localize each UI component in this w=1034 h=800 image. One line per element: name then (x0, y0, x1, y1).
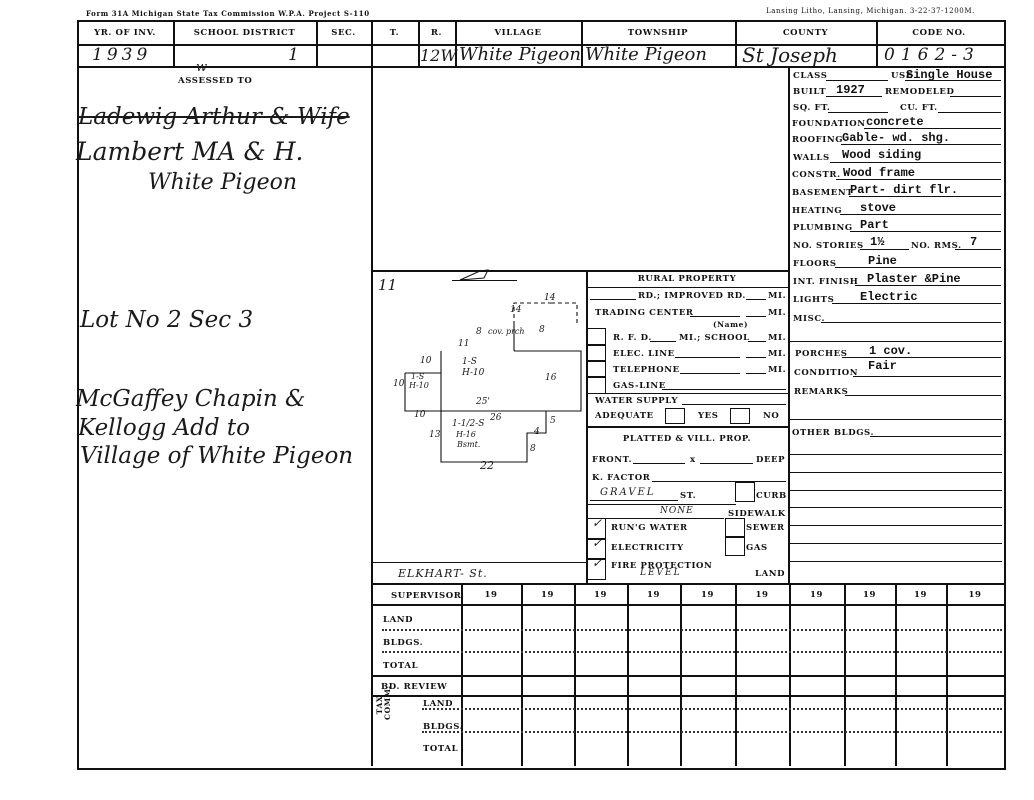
deep-line (700, 463, 753, 464)
legal-addition-2[interactable]: Kellogg Add to (78, 415, 250, 441)
valuation-col (521, 583, 523, 766)
floors-line (835, 267, 1001, 268)
class-label: CLASS (793, 71, 827, 81)
elec-mi: MI. (768, 349, 786, 359)
sewer-label: SEWER (746, 523, 785, 533)
foundation-line (864, 128, 1001, 129)
front-label: FRONT. (592, 455, 632, 465)
other-line (788, 490, 1002, 491)
deep-label: DEEP (756, 455, 785, 465)
supervisor-bldgs-label: BLDGS. (383, 638, 423, 648)
curb-checkbox[interactable] (735, 482, 755, 502)
condition-label: CONDITION (794, 368, 858, 378)
valuation-col (895, 583, 897, 766)
platted-title: PLATTED & VILL. PROP. (586, 432, 788, 446)
stories-value[interactable]: 1½ (870, 235, 884, 249)
supervisor-label: SUPERVISOR (391, 591, 461, 601)
foundation-label: FOUNDATION (792, 119, 866, 129)
electricity-label: ELECTRICITY (611, 543, 684, 553)
k-factor-label: K. FACTOR (592, 473, 650, 483)
school-line (748, 341, 766, 342)
valuation-col (680, 583, 682, 766)
year-header: 19 (844, 585, 895, 604)
sketch-label: Bsmt. (457, 440, 480, 449)
int-finish-line (855, 285, 1001, 286)
gas-line-line (662, 389, 786, 390)
telephone-mi-line (746, 373, 766, 374)
dotted-rule (422, 708, 1002, 710)
front-line (633, 463, 685, 464)
rd-label: RD.; IMPROVED RD. (638, 291, 746, 301)
basement-value[interactable]: Part- dirt flr. (850, 183, 958, 197)
code-no-value[interactable]: 0162-3 (884, 45, 980, 65)
sketch-label: 8 (539, 325, 545, 335)
yes-label: YES (698, 411, 719, 421)
class-line (826, 80, 888, 81)
street-line (590, 500, 678, 501)
rooms-line (955, 249, 1001, 250)
valuation-review-bottom (371, 695, 1004, 697)
village-value[interactable]: White Pigeon (459, 44, 581, 65)
sketch-label: 14 (510, 305, 521, 315)
other-line (788, 507, 1002, 508)
basement-line (849, 196, 1001, 197)
header-r: R. (418, 22, 455, 44)
tax-comm-total-label: TOTAL (423, 744, 458, 754)
water-supply-line (682, 404, 786, 405)
street-name: ELKHART- St. (398, 567, 488, 580)
remarks-label: REMARKS (794, 387, 848, 397)
header-township: TOWNSHIP (581, 22, 735, 44)
lights-line (832, 303, 1001, 304)
dotted-rule (382, 629, 1002, 631)
condition-line (853, 376, 1001, 377)
remodeled-label: REMODELED (885, 87, 954, 97)
k-factor-line (652, 481, 786, 482)
valuation-header-bottom (371, 604, 1004, 606)
year-header: 19 (946, 585, 1004, 604)
owner-name[interactable]: Lambert MA & H. (76, 137, 304, 166)
sketch-label: 8 (530, 444, 536, 454)
rd-mi: MI. (768, 291, 786, 301)
r-value[interactable]: 12W (420, 46, 457, 65)
sketch-label: 25' (476, 397, 490, 407)
valuation-col (735, 583, 737, 766)
year-header: 19 (735, 585, 789, 604)
st-label: ST. (680, 491, 696, 501)
rural-title: RURAL PROPERTY (586, 271, 788, 287)
land-value[interactable]: LEVEL (640, 568, 682, 578)
built-label: BUILT (793, 87, 826, 97)
valuation-col (627, 583, 629, 766)
plumbing-value[interactable]: Part (860, 218, 889, 232)
trading-center-label: TRADING CENTER (595, 308, 694, 318)
condition-value[interactable]: Fair (868, 359, 897, 373)
stories-line (860, 249, 909, 250)
header-school-district: SCHOOL DISTRICT (173, 22, 316, 44)
telephone-mi: MI. (768, 365, 786, 375)
sketch-label: 1-S (411, 372, 424, 381)
other-line (788, 472, 1002, 473)
gas-label: GAS (746, 543, 768, 553)
valuation-col (844, 583, 846, 766)
remarks-line (845, 395, 1001, 396)
heating-label: HEATING (792, 206, 842, 216)
misc-line (821, 322, 1001, 323)
running-water-label: RUN'G WATER (611, 523, 688, 533)
owner-address[interactable]: White Pigeon (148, 170, 297, 195)
water-supply-label: WATER SUPPLY (595, 396, 678, 406)
adequate-no-checkbox[interactable] (730, 408, 750, 424)
year-header: 19 (461, 585, 521, 604)
elec-line-label: ELEC. LINE (613, 349, 675, 359)
floors-label: FLOORS (793, 259, 837, 269)
sidewalk-value[interactable]: NONE (660, 506, 694, 516)
sketch-label: 11 (458, 339, 469, 349)
header-county: COUNTY (735, 22, 876, 44)
int-finish-value[interactable]: Plaster &Pine (867, 272, 961, 286)
heating-value[interactable]: stove (860, 201, 896, 215)
sketch-label: 22 (480, 459, 494, 472)
no-label: NO (763, 411, 779, 421)
school-district-value[interactable]: 1 (288, 45, 299, 65)
gas-checkbox[interactable] (725, 536, 745, 556)
sketch-label: H-10 (462, 368, 484, 378)
legal-addition-3[interactable]: Village of White Pigeon (80, 443, 353, 469)
header-yr-inv: YR. OF INV. (77, 22, 173, 44)
constr-value[interactable]: Wood frame (843, 166, 915, 180)
header-bottom (77, 66, 1004, 68)
year-header: 19 (789, 585, 844, 604)
legal-addition-1[interactable]: McGaffey Chapin & (76, 386, 306, 412)
check-mark-icon: ✓ (592, 516, 602, 530)
sketch-label: 5 (550, 416, 556, 426)
trading-mi: MI. (768, 308, 786, 318)
year-header: 19 (574, 585, 627, 604)
land-label: LAND (755, 569, 785, 579)
sketch-label: 4 (534, 427, 540, 437)
lights-label: LIGHTS (793, 295, 834, 305)
walls-value[interactable]: Wood siding (842, 148, 921, 162)
remarks-line-2 (788, 419, 1002, 420)
sketch-label: 1-S (462, 357, 477, 367)
basement-label: BASEMENT (792, 188, 853, 198)
sketch-label: 10 (393, 379, 404, 389)
svg-text:14: 14 (544, 293, 556, 303)
valuation-col (946, 583, 948, 766)
rural-divider (586, 287, 788, 288)
sketch-label: 10 (420, 356, 431, 366)
roofing-label: ROOFING (792, 135, 843, 145)
use-line (905, 80, 1001, 81)
township-value[interactable]: White Pigeon (585, 44, 707, 65)
year-header: 19 (627, 585, 680, 604)
rfd-label: R. F. D. (613, 333, 652, 343)
curb-divider (586, 504, 736, 505)
roofing-line (841, 144, 1001, 145)
legal-lot[interactable]: Lot No 2 Sec 3 (80, 307, 253, 333)
sketch-label: H-10 (409, 381, 429, 390)
remodeled-line (950, 96, 1001, 97)
check-mark-icon: ✓ (592, 536, 602, 550)
porches-value[interactable]: 1 cov. (869, 344, 912, 358)
roofing-value[interactable]: Gable- wd. shg. (842, 131, 950, 145)
walls-line (830, 162, 1001, 163)
sketch-label: 8 (476, 327, 482, 337)
yr-inv-value[interactable]: 1939 (92, 45, 151, 65)
rooms-value[interactable]: 7 (970, 235, 977, 249)
year-header: 19 (895, 585, 946, 604)
gas-line-checkbox[interactable] (586, 376, 606, 394)
improved-rd-line (746, 299, 766, 300)
rfd-line (650, 341, 676, 342)
tax-comm-label: TAX COMM. (376, 690, 392, 720)
plumbing-line (850, 231, 1001, 232)
misc-line-2 (788, 341, 1002, 342)
sketch-label: 13 (429, 430, 440, 440)
other-bldgs-label: OTHER BLDGS. (792, 428, 874, 438)
adequate-label: ADEQUATE (595, 411, 654, 421)
x-label: x (690, 455, 696, 465)
struck-owner-name: Ladewig Arthur & Wife (78, 104, 350, 130)
other-line (788, 525, 1002, 526)
school-label: MI.; SCHOOL (679, 333, 750, 343)
gas-divider (586, 393, 788, 394)
name-hint: (Name) (713, 320, 748, 329)
telephone-label: TELEPHONE (613, 365, 680, 375)
form-title: Form 31A Michigan State Tax Commission W… (86, 9, 370, 18)
int-finish-label: INT. FINISH (793, 277, 858, 287)
rural-bottom (586, 426, 788, 428)
other-line (788, 454, 1002, 455)
gas-line-label: GAS-LINE (613, 381, 666, 391)
school-mi: MI. (768, 333, 786, 343)
constr-line (836, 179, 1001, 180)
cuft-line (938, 112, 1001, 113)
other-line (788, 543, 1002, 544)
walls-label: WALLS (793, 153, 830, 163)
header-village: VILLAGE (455, 22, 581, 44)
other-bldgs-line (870, 436, 1001, 437)
elec-mi-line (746, 357, 766, 358)
street-divider (371, 562, 586, 563)
supervisor-land-label: LAND (383, 615, 413, 625)
sketch-label: 1-1/2-S (452, 419, 484, 429)
dotted-rule (382, 651, 1002, 653)
curb-label: CURB (756, 491, 787, 501)
sewer-checkbox[interactable] (725, 518, 745, 538)
valuation-col (461, 583, 463, 766)
rd-line (590, 299, 636, 300)
foundation-value[interactable]: concrete (866, 115, 924, 129)
valuation-col (789, 583, 791, 766)
supervisor-total-label: TOTAL (383, 661, 418, 671)
valuation-supervisor-bottom (371, 675, 1004, 677)
check-mark-icon: ✓ (592, 556, 602, 570)
porches-line (842, 357, 1001, 358)
adequate-yes-checkbox[interactable] (665, 408, 685, 424)
year-header: 19 (521, 585, 574, 604)
elec-line-line (675, 357, 740, 358)
street-surface-value[interactable]: GRAVEL (600, 487, 655, 498)
sketch-label: H-16 (456, 430, 476, 439)
plumbing-label: PLUMBING (793, 223, 853, 233)
year-header: 19 (680, 585, 735, 604)
built-line (826, 96, 882, 97)
telephone-line (680, 373, 740, 374)
header-sec: SEC. (316, 22, 371, 44)
porches-label: PORCHES (795, 349, 847, 359)
sqft-line (828, 112, 888, 113)
assessed-annotation: w (196, 60, 207, 75)
sketch-label: 10 (414, 410, 425, 420)
sqft-label: SQ. FT. (793, 103, 830, 113)
trading-center-line (690, 316, 740, 317)
lights-value[interactable]: Electric (860, 290, 918, 304)
sketch-label: 16 (545, 373, 556, 383)
floors-value[interactable]: Pine (868, 254, 897, 268)
sketch-label: 26 (490, 413, 501, 423)
stories-label: NO. STORIES (793, 241, 864, 251)
header-t: T. (371, 22, 418, 44)
sidewalk-divider (586, 518, 724, 519)
valuation-col (574, 583, 576, 766)
trading-mi-line (746, 316, 766, 317)
county-value[interactable]: St Joseph (742, 43, 838, 67)
printer-credit: Lansing Litho, Lansing, Michigan. 3-22-3… (766, 7, 975, 15)
dotted-rule (422, 731, 1002, 733)
header-code-no: CODE NO. (876, 22, 1002, 44)
built-value[interactable]: 1927 (836, 83, 865, 97)
heating-line (840, 214, 1001, 215)
assessed-to-label: ASSESSED TO (178, 76, 252, 86)
cuft-label: CU. FT. (900, 103, 938, 113)
constr-label: CONSTR. (792, 170, 841, 180)
other-line (788, 561, 1002, 562)
sketch-label: cov. prch (488, 327, 525, 336)
